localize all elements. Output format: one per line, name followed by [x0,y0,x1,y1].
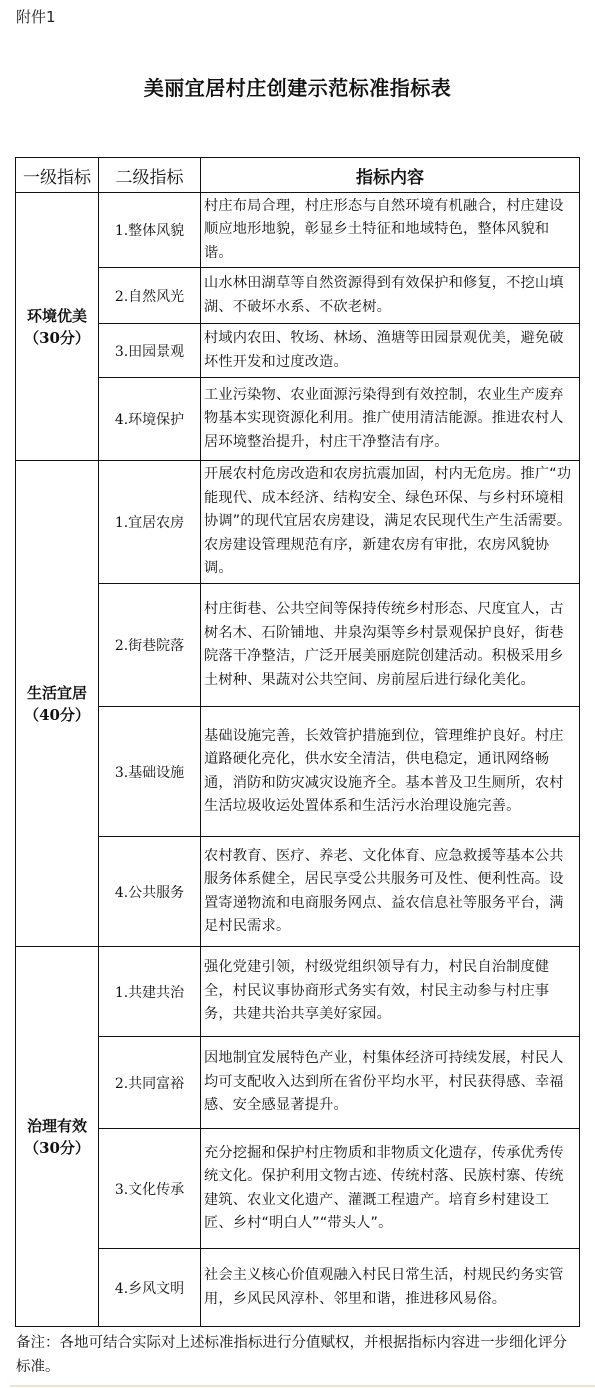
content-cell: 山水林田湖草等自然资源得到有效保护和修复，不挖山填湖、不破坏水系、不砍老树。 [201,268,580,324]
table-row: 2.自然风光 山水林田湖草等自然资源得到有效保护和修复，不挖山填湖、不破坏水系、… [16,268,580,324]
level1-cell-living: 生活宜居 （40分） [16,461,99,947]
content-cell: 农村教育、医疗、养老、文化体育、应急救援等基本公共服务体系健全，居民享受公共服务… [201,837,580,947]
indicator-table: 一级指标 二级指标 指标内容 环境优美 （30分） 1.整体风貌 村庄布局合理，… [15,157,580,1327]
level1-name: 环境优美 [16,305,98,327]
level1-score: （30分） [16,327,98,349]
level2-cell: 2.自然风光 [99,268,201,324]
table-row: 4.环境保护 工业污染物、农业面源污染得到有效控制，农业生产废弃物基本实现资源化… [16,378,580,461]
level2-cell: 2.街巷院落 [99,584,201,707]
level1-score: （30分） [16,1137,98,1159]
table-row: 3.田园景观 村域内农田、牧场、林场、渔塘等田园景观优美，避免破坏性开发和过度改… [16,324,580,378]
level2-cell: 4.公共服务 [99,837,201,947]
header-level2: 二级指标 [99,158,201,193]
content-cell: 村域内农田、牧场、林场、渔塘等田园景观优美，避免破坏性开发和过度改造。 [201,324,580,378]
level1-name: 治理有效 [16,1115,98,1137]
level2-cell: 3.田园景观 [99,324,201,378]
table-header-row: 一级指标 二级指标 指标内容 [16,158,580,193]
content-cell: 社会主义核心价值观融入村民日常生活，村规民约务实管用，乡风民风淳朴、邻里和谐，推… [201,1249,580,1327]
level2-cell: 4.环境保护 [99,378,201,461]
table-row: 4.公共服务 农村教育、医疗、养老、文化体育、应急救援等基本公共服务体系健全，居… [16,837,580,947]
attachment-label: 附件1 [16,6,56,27]
document-title: 美丽宜居村庄创建示范标准指标表 [0,72,595,101]
content-cell: 因地制宜发展特色产业，村集体经济可持续发展，村民人均可支配收入达到所在省份平均水… [201,1037,580,1129]
table-row: 3.基础设施 基础设施完善，长效管护措施到位，管理维护良好。村庄道路硬化亮化，供… [16,707,580,837]
table-row: 2.共同富裕 因地制宜发展特色产业，村集体经济可持续发展，村民人均可支配收入达到… [16,1037,580,1129]
content-cell: 开展农村危房改造和农房抗震加固，村内无危房。推广“功能现代、成本经济、结构安全、… [201,461,580,584]
table-row: 3.文化传承 充分挖掘和保护村庄物质和非物质文化遗存，传承优秀传统文化。保护利用… [16,1129,580,1249]
level2-cell: 4.乡风文明 [99,1249,201,1327]
footnote: 备注：各地可结合实际对上述标准指标进行分值赋权，并根据指标内容进一步细化评分标准… [16,1331,581,1379]
content-cell: 基础设施完善，长效管护措施到位，管理维护良好。村庄道路硬化亮化，供水安全清洁，供… [201,707,580,837]
level1-score: （40分） [16,704,98,726]
level1-cell-environment: 环境优美 （30分） [16,193,99,461]
bottom-divider [10,1385,595,1387]
content-cell: 村庄布局合理，村庄形态与自然环境有机融合，村庄建设顺应地形地貌，彰显乡土特征和地… [201,193,580,268]
table-row: 2.街巷院落 村庄街巷、公共空间等保持传统乡村形态、尺度宜人，古树名木、石阶铺地… [16,584,580,707]
level2-cell: 1.整体风貌 [99,193,201,268]
content-cell: 充分挖掘和保护村庄物质和非物质文化遗存，传承优秀传统文化。保护利用文物古迹、传统… [201,1129,580,1249]
level2-cell: 3.基础设施 [99,707,201,837]
level2-cell: 2.共同富裕 [99,1037,201,1129]
level2-cell: 3.文化传承 [99,1129,201,1249]
table-row: 生活宜居 （40分） 1.宜居农房 开展农村危房改造和农房抗震加固，村内无危房。… [16,461,580,584]
table-row: 治理有效 （30分） 1.共建共治 强化党建引领，村级党组织领导有力，村民自治制… [16,947,580,1037]
level2-cell: 1.宜居农房 [99,461,201,584]
header-content: 指标内容 [201,158,580,193]
table-row: 环境优美 （30分） 1.整体风貌 村庄布局合理，村庄形态与自然环境有机融合，村… [16,193,580,268]
table-row: 4.乡风文明 社会主义核心价值观融入村民日常生活，村规民约务实管用，乡风民风淳朴… [16,1249,580,1327]
content-cell: 强化党建引领，村级党组织领导有力，村民自治制度健全，村民议事协商形式务实有效，村… [201,947,580,1037]
content-cell: 村庄街巷、公共空间等保持传统乡村形态、尺度宜人，古树名木、石阶铺地、井泉沟渠等乡… [201,584,580,707]
content-cell: 工业污染物、农业面源污染得到有效控制，农业生产废弃物基本实现资源化利用。推广使用… [201,378,580,461]
header-level1: 一级指标 [16,158,99,193]
level2-cell: 1.共建共治 [99,947,201,1037]
level1-cell-governance: 治理有效 （30分） [16,947,99,1327]
level1-name: 生活宜居 [16,682,98,704]
